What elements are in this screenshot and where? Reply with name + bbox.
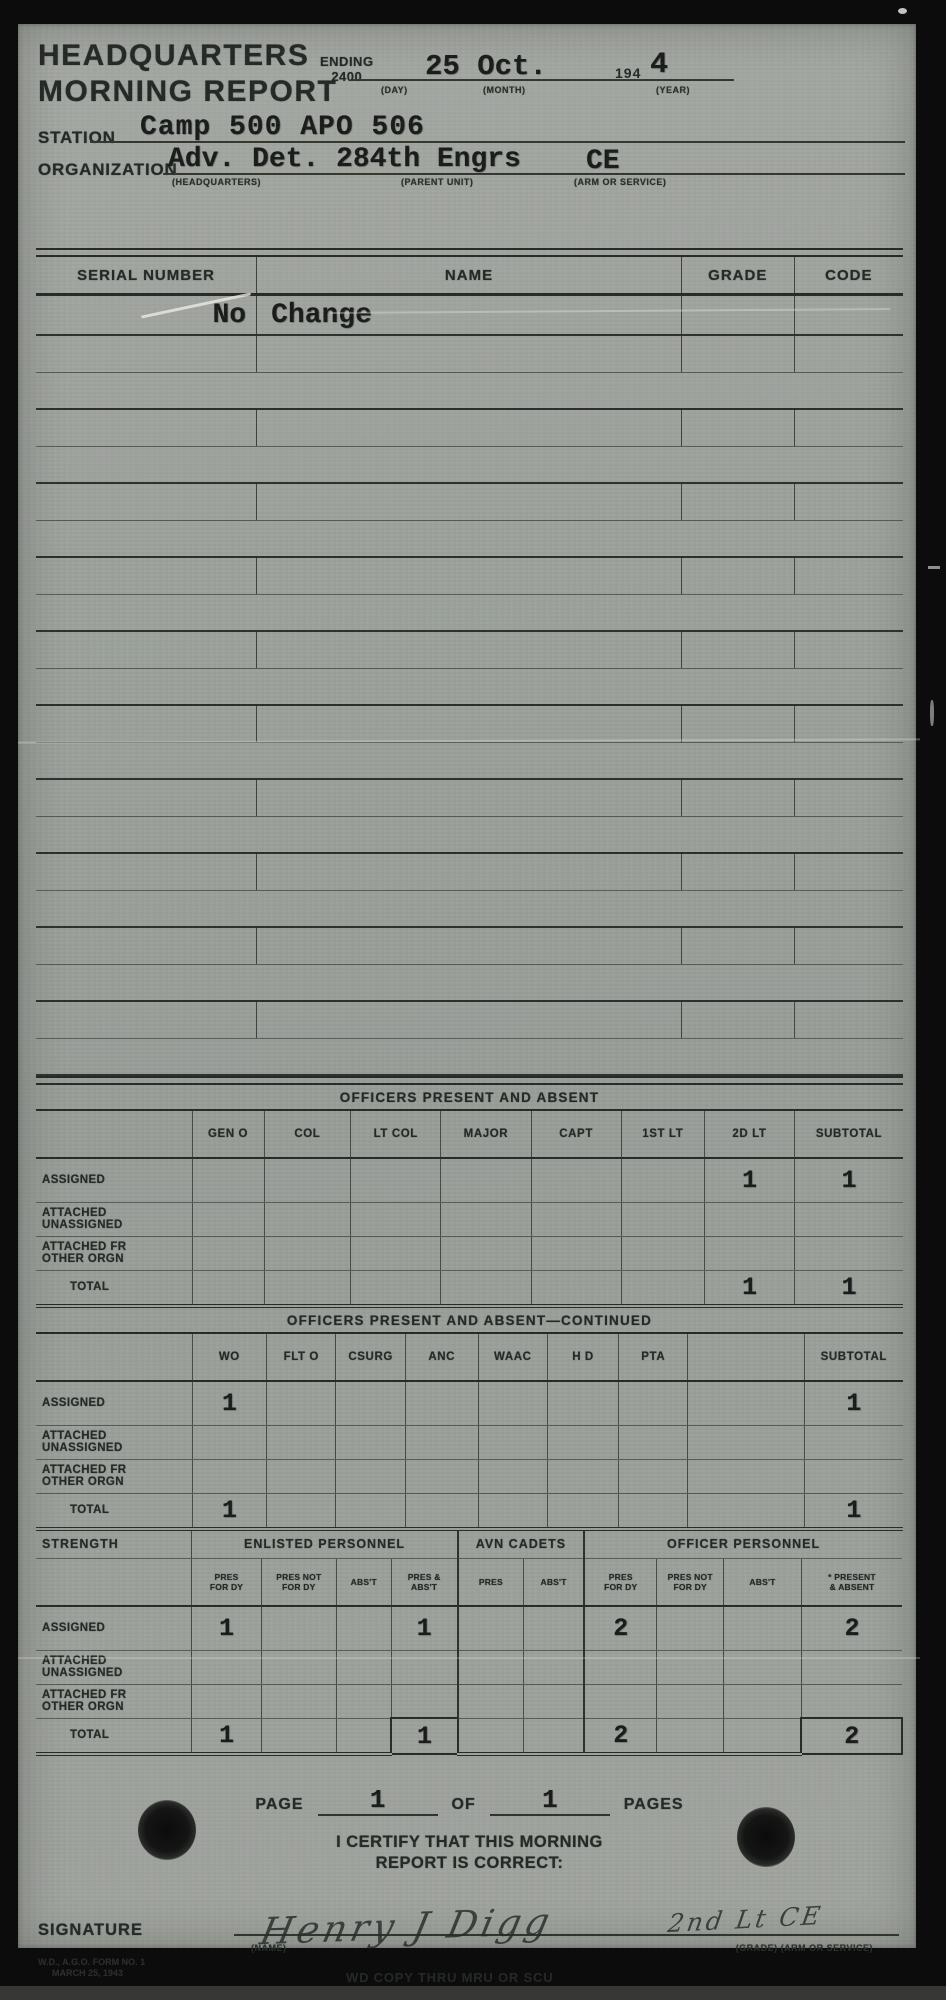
value-cell: [261, 1684, 336, 1718]
table-row: ASSIGNED11: [36, 1381, 903, 1425]
roster-empty-row-continuation: [36, 595, 903, 632]
copy-routing-note: WD COPY THRU MRU OR SCU: [346, 1970, 553, 1985]
column-header: FLT O: [267, 1333, 336, 1381]
value-cell: [547, 1493, 618, 1529]
value-cell: 2: [801, 1606, 902, 1650]
value-cell: [264, 1236, 351, 1270]
row-label: ATTACHEDUNASSIGNED: [36, 1425, 192, 1459]
value-cell: [264, 1158, 351, 1202]
column-header: ABS'T: [336, 1558, 391, 1606]
value-cell: [391, 1684, 458, 1718]
value-cell: [724, 1684, 802, 1718]
pages-total-value: 1: [490, 1786, 610, 1816]
roster-empty-cell: [36, 780, 257, 816]
value-cell: 1: [391, 1606, 458, 1650]
value-cell: [336, 1425, 405, 1459]
title-line1: HEADQUARTERS: [38, 38, 337, 74]
value-cell: [478, 1493, 547, 1529]
group-header: OFFICER PERSONNEL: [584, 1531, 902, 1558]
roster-empty-row-continuation: [36, 373, 903, 410]
value-cell: 1: [391, 1718, 458, 1754]
ending-time: 2400: [320, 69, 374, 84]
roster-entry-row: No Change: [36, 296, 903, 336]
column-header-blank: [36, 1333, 192, 1381]
form-header: HEADQUARTERS MORNING REPORT ENDING 2400 …: [18, 24, 916, 248]
value-cell: [621, 1158, 704, 1202]
value-cell: [657, 1718, 724, 1754]
table-title: OFFICERS PRESENT AND ABSENT: [36, 1085, 903, 1110]
name-sublabel: (NAME): [251, 1943, 287, 1953]
roster-empty-cell: [257, 336, 682, 372]
date-fill-line: [352, 79, 612, 81]
roster-empty-cell: [795, 928, 903, 964]
strength-label: STRENGTH: [36, 1531, 192, 1558]
value-cell: [524, 1650, 585, 1684]
value-cell: 2: [801, 1718, 902, 1754]
value-cell: [657, 1684, 724, 1718]
value-cell: [531, 1270, 621, 1306]
value-cell: [619, 1493, 688, 1529]
row-label: ATTACHED FROTHER ORGN: [36, 1459, 192, 1493]
value-cell: [405, 1425, 478, 1459]
row-label: ASSIGNED: [36, 1606, 192, 1650]
of-label: OF: [452, 1796, 476, 1816]
value-cell: [264, 1270, 351, 1306]
column-header: PRESFOR DY: [584, 1558, 657, 1606]
value-cell: [336, 1459, 405, 1493]
value-cell: [458, 1718, 524, 1754]
roster-empty-row: [36, 1002, 903, 1039]
roster-empty-cell: [682, 632, 795, 668]
roster-header-code: CODE: [795, 257, 903, 293]
value-cell: [801, 1684, 902, 1718]
value-cell: [264, 1202, 351, 1236]
roster-empty-cell: [36, 1002, 257, 1038]
page-label: PAGE: [255, 1796, 303, 1816]
headquarters-sublabel: (HEADQUARTERS): [172, 177, 261, 187]
column-header: PRESFOR DY: [192, 1558, 261, 1606]
value-cell: [192, 1684, 261, 1718]
roster-empty-cell: [257, 410, 682, 446]
year-sublabel: (YEAR): [656, 85, 690, 95]
roster-empty-row-continuation: [36, 447, 903, 484]
column-header: [688, 1333, 804, 1381]
form-number-block: W.D., A.G.O. FORM NO. 1 MARCH 25, 1943: [38, 1957, 145, 1979]
section-divider: [36, 248, 903, 257]
value-cell: [192, 1270, 264, 1306]
scan-glint: [898, 8, 907, 14]
value-cell: [351, 1158, 441, 1202]
value-cell: [804, 1459, 903, 1493]
value-cell: [688, 1493, 804, 1529]
row-label: ASSIGNED: [36, 1381, 192, 1425]
roster-empty-row: [36, 336, 903, 373]
form-body: SERIAL NUMBER NAME GRADE CODE No Change …: [36, 248, 903, 1989]
value-cell: [619, 1381, 688, 1425]
column-header: PTA: [619, 1333, 688, 1381]
ending-label: ENDING: [320, 54, 374, 69]
group-header: ENLISTED PERSONNEL: [192, 1531, 458, 1558]
value-cell: [267, 1493, 336, 1529]
roster-empty-cell: [795, 336, 903, 372]
roster-empty-row: [36, 928, 903, 965]
table-row: ATTACHEDUNASSIGNED: [36, 1650, 902, 1684]
organization-typed-value: Adv. Det. 284th Engrs: [168, 144, 521, 175]
table-row: ATTACHED FROTHER ORGN: [36, 1236, 903, 1270]
row-label: TOTAL: [36, 1493, 192, 1529]
station-label: STATION: [38, 128, 116, 148]
roster-empty-cell: [36, 928, 257, 964]
value-cell: [192, 1425, 267, 1459]
value-cell: [441, 1236, 531, 1270]
value-cell: [336, 1493, 405, 1529]
value-cell: [801, 1650, 902, 1684]
value-cell: [192, 1202, 264, 1236]
column-header: ABS'T: [524, 1558, 585, 1606]
value-cell: [619, 1425, 688, 1459]
officers-continued-table: OFFICERS PRESENT AND ABSENT—CONTINUEDWOF…: [36, 1308, 903, 1531]
roster-empty-cell: [795, 484, 903, 520]
column-header-blank: [36, 1110, 192, 1158]
roster-empty-row: [36, 854, 903, 891]
row-label: ATTACHED FROTHER ORGN: [36, 1236, 192, 1270]
roster-empty-rows: [36, 336, 903, 1076]
value-cell: 1: [704, 1158, 794, 1202]
row-label: ATTACHED FROTHER ORGN: [36, 1684, 192, 1718]
roster-empty-cell: [257, 632, 682, 668]
roster-empty-row: [36, 632, 903, 669]
value-cell: 1: [795, 1270, 903, 1306]
roster-empty-row-continuation: [36, 521, 903, 558]
value-cell: [531, 1202, 621, 1236]
year-typed-value: 4: [650, 48, 668, 82]
roster-empty-cell: [795, 410, 903, 446]
value-cell: [657, 1650, 724, 1684]
organization-label: ORGANIZATION: [38, 160, 178, 180]
value-cell: [547, 1459, 618, 1493]
roster-empty-cell: [257, 484, 682, 520]
column-header: SUBTOTAL: [804, 1333, 903, 1381]
roster-empty-row-continuation: [36, 743, 903, 780]
column-header-blank: [36, 1558, 192, 1606]
column-header: ANC: [405, 1333, 478, 1381]
scanned-morning-report-document: HEADQUARTERS MORNING REPORT ENDING 2400 …: [0, 0, 946, 2000]
roster-entry-code: [795, 296, 903, 334]
column-header: PRES NOTFOR DY: [261, 1558, 336, 1606]
row-label: TOTAL: [36, 1718, 192, 1754]
day-sublabel: (DAY): [381, 85, 408, 95]
roster-empty-cell: [257, 706, 682, 742]
column-header: CSURG: [336, 1333, 405, 1381]
value-cell: [619, 1459, 688, 1493]
value-cell: [192, 1158, 264, 1202]
roster-empty-cell: [682, 1002, 795, 1038]
value-cell: [351, 1202, 441, 1236]
column-header: LT COL: [351, 1110, 441, 1158]
value-cell: [688, 1425, 804, 1459]
roster-empty-cell: [36, 484, 257, 520]
table-row: TOTAL11: [36, 1493, 903, 1529]
value-cell: [405, 1493, 478, 1529]
value-cell: [267, 1425, 336, 1459]
scan-edge-artifact: [928, 566, 940, 569]
organization-fill-line: [163, 173, 905, 175]
form-title: HEADQUARTERS MORNING REPORT: [38, 38, 337, 110]
table-row: ATTACHEDUNASSIGNED: [36, 1425, 903, 1459]
value-cell: [524, 1606, 585, 1650]
table-row: ASSIGNED11: [36, 1158, 903, 1202]
value-cell: [688, 1381, 804, 1425]
value-cell: [336, 1718, 391, 1754]
roster-header-serial: SERIAL NUMBER: [36, 257, 257, 293]
strength-table: STRENGTHENLISTED PERSONNELAVN CADETSOFFI…: [36, 1531, 903, 1756]
roster-empty-row: [36, 706, 903, 743]
roster-empty-cell: [257, 780, 682, 816]
value-cell: [405, 1459, 478, 1493]
officers-table: OFFICERS PRESENT AND ABSENTGEN OCOLLT CO…: [36, 1085, 903, 1308]
column-header: PRES NOTFOR DY: [657, 1558, 724, 1606]
value-cell: [584, 1650, 657, 1684]
value-cell: 1: [795, 1158, 903, 1202]
group-header: AVN CADETS: [458, 1531, 584, 1558]
roster-empty-cell: [795, 780, 903, 816]
row-label: ATTACHEDUNASSIGNED: [36, 1202, 192, 1236]
roster-entry-serial: No: [212, 300, 246, 331]
roster-empty-cell: [682, 410, 795, 446]
value-cell: [336, 1606, 391, 1650]
table-row: ASSIGNED1122: [36, 1606, 902, 1650]
roster-empty-row-continuation: [36, 1039, 903, 1076]
value-cell: [621, 1202, 704, 1236]
value-cell: [351, 1270, 441, 1306]
roster-empty-cell: [257, 854, 682, 890]
roster-empty-cell: [257, 928, 682, 964]
title-line2: MORNING REPORT: [38, 74, 337, 110]
table-row: ATTACHED FROTHER ORGN: [36, 1684, 902, 1718]
value-cell: [261, 1718, 336, 1754]
value-cell: [261, 1606, 336, 1650]
value-cell: [336, 1684, 391, 1718]
value-cell: [478, 1459, 547, 1493]
value-cell: [547, 1381, 618, 1425]
value-cell: [724, 1606, 802, 1650]
row-label: TOTAL: [36, 1270, 192, 1306]
value-cell: [441, 1158, 531, 1202]
value-cell: [704, 1202, 794, 1236]
value-cell: [192, 1459, 267, 1493]
value-cell: [524, 1718, 585, 1754]
value-cell: [351, 1236, 441, 1270]
roster-empty-cell: [682, 854, 795, 890]
roster-empty-cell: [682, 780, 795, 816]
roster-empty-cell: [795, 854, 903, 890]
value-cell: [458, 1606, 524, 1650]
roster-empty-row-continuation: [36, 817, 903, 854]
pages-label: PAGES: [624, 1796, 684, 1816]
roster-empty-cell: [682, 336, 795, 372]
roster-empty-cell: [795, 1002, 903, 1038]
value-cell: [657, 1606, 724, 1650]
form-footer: W.D., A.G.O. FORM NO. 1 MARCH 25, 1943 W…: [36, 1957, 903, 1989]
value-cell: [478, 1381, 547, 1425]
arm-service-sublabel: (ARM OR SERVICE): [574, 177, 666, 187]
table-row: TOTAL11: [36, 1270, 903, 1306]
paper-sheet: HEADQUARTERS MORNING REPORT ENDING 2400 …: [18, 24, 916, 1948]
roster-empty-cell: [795, 706, 903, 742]
column-header: SUBTOTAL: [795, 1110, 903, 1158]
value-cell: [405, 1381, 478, 1425]
roster-entry-grade: [682, 296, 795, 334]
station-typed-value: Camp 500 APO 506: [140, 112, 425, 143]
value-cell: [531, 1236, 621, 1270]
value-cell: [441, 1202, 531, 1236]
column-header: PRES &ABS'T: [391, 1558, 458, 1606]
column-header: 2D LT: [704, 1110, 794, 1158]
value-cell: [621, 1270, 704, 1306]
value-cell: [724, 1718, 802, 1754]
column-header: MAJOR: [441, 1110, 531, 1158]
roster-entry-name: Change: [271, 300, 372, 331]
value-cell: [795, 1202, 903, 1236]
value-cell: [704, 1236, 794, 1270]
value-cell: [261, 1650, 336, 1684]
roster-empty-cell: [36, 706, 257, 742]
roster-header-name: NAME: [257, 257, 682, 293]
value-cell: [441, 1270, 531, 1306]
value-cell: 1: [804, 1381, 903, 1425]
roster-empty-row: [36, 780, 903, 817]
row-label: ATTACHEDUNASSIGNED: [36, 1650, 192, 1684]
column-header: COL: [264, 1110, 351, 1158]
value-cell: [267, 1381, 336, 1425]
roster-empty-cell: [682, 706, 795, 742]
value-cell: [192, 1236, 264, 1270]
value-cell: [458, 1650, 524, 1684]
column-header: WO: [192, 1333, 267, 1381]
parent-unit-sublabel: (PARENT UNIT): [401, 177, 473, 187]
roster-empty-cell: [36, 410, 257, 446]
column-header: WAAC: [478, 1333, 547, 1381]
value-cell: [795, 1236, 903, 1270]
roster-empty-cell: [795, 558, 903, 594]
value-cell: [688, 1459, 804, 1493]
roster-empty-row-continuation: [36, 965, 903, 1002]
value-cell: 1: [804, 1493, 903, 1529]
signature-label: SIGNATURE: [38, 1921, 143, 1940]
value-cell: [584, 1684, 657, 1718]
value-cell: [391, 1650, 458, 1684]
section-divider: [36, 1076, 903, 1085]
column-header: 1ST LT: [621, 1110, 704, 1158]
page-number-value: 1: [318, 1786, 438, 1816]
value-cell: [336, 1650, 391, 1684]
roster-empty-row: [36, 484, 903, 521]
roster-empty-cell: [682, 484, 795, 520]
value-cell: [524, 1684, 585, 1718]
roster-header-grade: GRADE: [682, 257, 795, 293]
roster-empty-row: [36, 410, 903, 447]
roster-empty-cell: [257, 1002, 682, 1038]
value-cell: 2: [584, 1718, 657, 1754]
row-label: ASSIGNED: [36, 1158, 192, 1202]
column-header: H D: [547, 1333, 618, 1381]
month-sublabel: (MONTH): [483, 85, 526, 95]
table-row: TOTAL1122: [36, 1718, 902, 1754]
roster-empty-cell: [36, 558, 257, 594]
value-cell: [267, 1459, 336, 1493]
value-cell: 1: [192, 1493, 267, 1529]
value-cell: [531, 1158, 621, 1202]
punch-hole-left: [138, 1800, 196, 1860]
column-header: PRES: [458, 1558, 524, 1606]
punch-hole-right: [737, 1807, 795, 1867]
value-cell: 2: [584, 1606, 657, 1650]
value-cell: [478, 1425, 547, 1459]
value-cell: [547, 1425, 618, 1459]
roster-empty-cell: [682, 558, 795, 594]
roster-empty-cell: [36, 632, 257, 668]
roster-empty-cell: [36, 854, 257, 890]
year-fill-line: [612, 79, 734, 81]
value-cell: [192, 1650, 261, 1684]
value-cell: 1: [704, 1270, 794, 1306]
value-cell: [804, 1425, 903, 1459]
signature-sublabels: (NAME) (GRADE) (ARM OR SERVICE): [36, 1942, 903, 1954]
column-header: GEN O: [192, 1110, 264, 1158]
column-header: ABS'T: [724, 1558, 802, 1606]
value-cell: [724, 1650, 802, 1684]
roster-header-row: SERIAL NUMBER NAME GRADE CODE: [36, 257, 903, 296]
form-number: W.D., A.G.O. FORM NO. 1: [38, 1957, 145, 1968]
column-header: CAPT: [531, 1110, 621, 1158]
roster-empty-row-continuation: [36, 891, 903, 928]
scan-edge-artifact: [930, 700, 934, 726]
form-date: MARCH 25, 1943: [38, 1968, 145, 1979]
signature-row: SIGNATURE Henry J Digg 2nd Lt CE: [36, 1898, 903, 1942]
signature-handwritten-grade: 2nd Lt CE: [666, 1901, 825, 1938]
value-cell: 1: [192, 1381, 267, 1425]
roster-empty-cell: [795, 632, 903, 668]
value-cell: [336, 1381, 405, 1425]
value-cell: [621, 1236, 704, 1270]
table-title: OFFICERS PRESENT AND ABSENT—CONTINUED: [36, 1308, 903, 1333]
roster-empty-cell: [682, 928, 795, 964]
grade-arm-sublabel: (GRADE) (ARM OR SERVICE): [736, 1943, 873, 1953]
roster-empty-row-continuation: [36, 669, 903, 706]
roster-empty-cell: [257, 558, 682, 594]
value-cell: [458, 1684, 524, 1718]
value-cell: 1: [192, 1718, 261, 1754]
station-fill-line: [90, 141, 905, 143]
table-row: ATTACHED FROTHER ORGN: [36, 1459, 903, 1493]
roster-empty-cell: [36, 336, 257, 372]
column-header: * PRESENT& ABSENT: [801, 1558, 902, 1606]
roster-empty-row: [36, 558, 903, 595]
table-row: ATTACHEDUNASSIGNED: [36, 1202, 903, 1236]
value-cell: 1: [192, 1606, 261, 1650]
scan-bottom-edge: [0, 1986, 946, 2000]
